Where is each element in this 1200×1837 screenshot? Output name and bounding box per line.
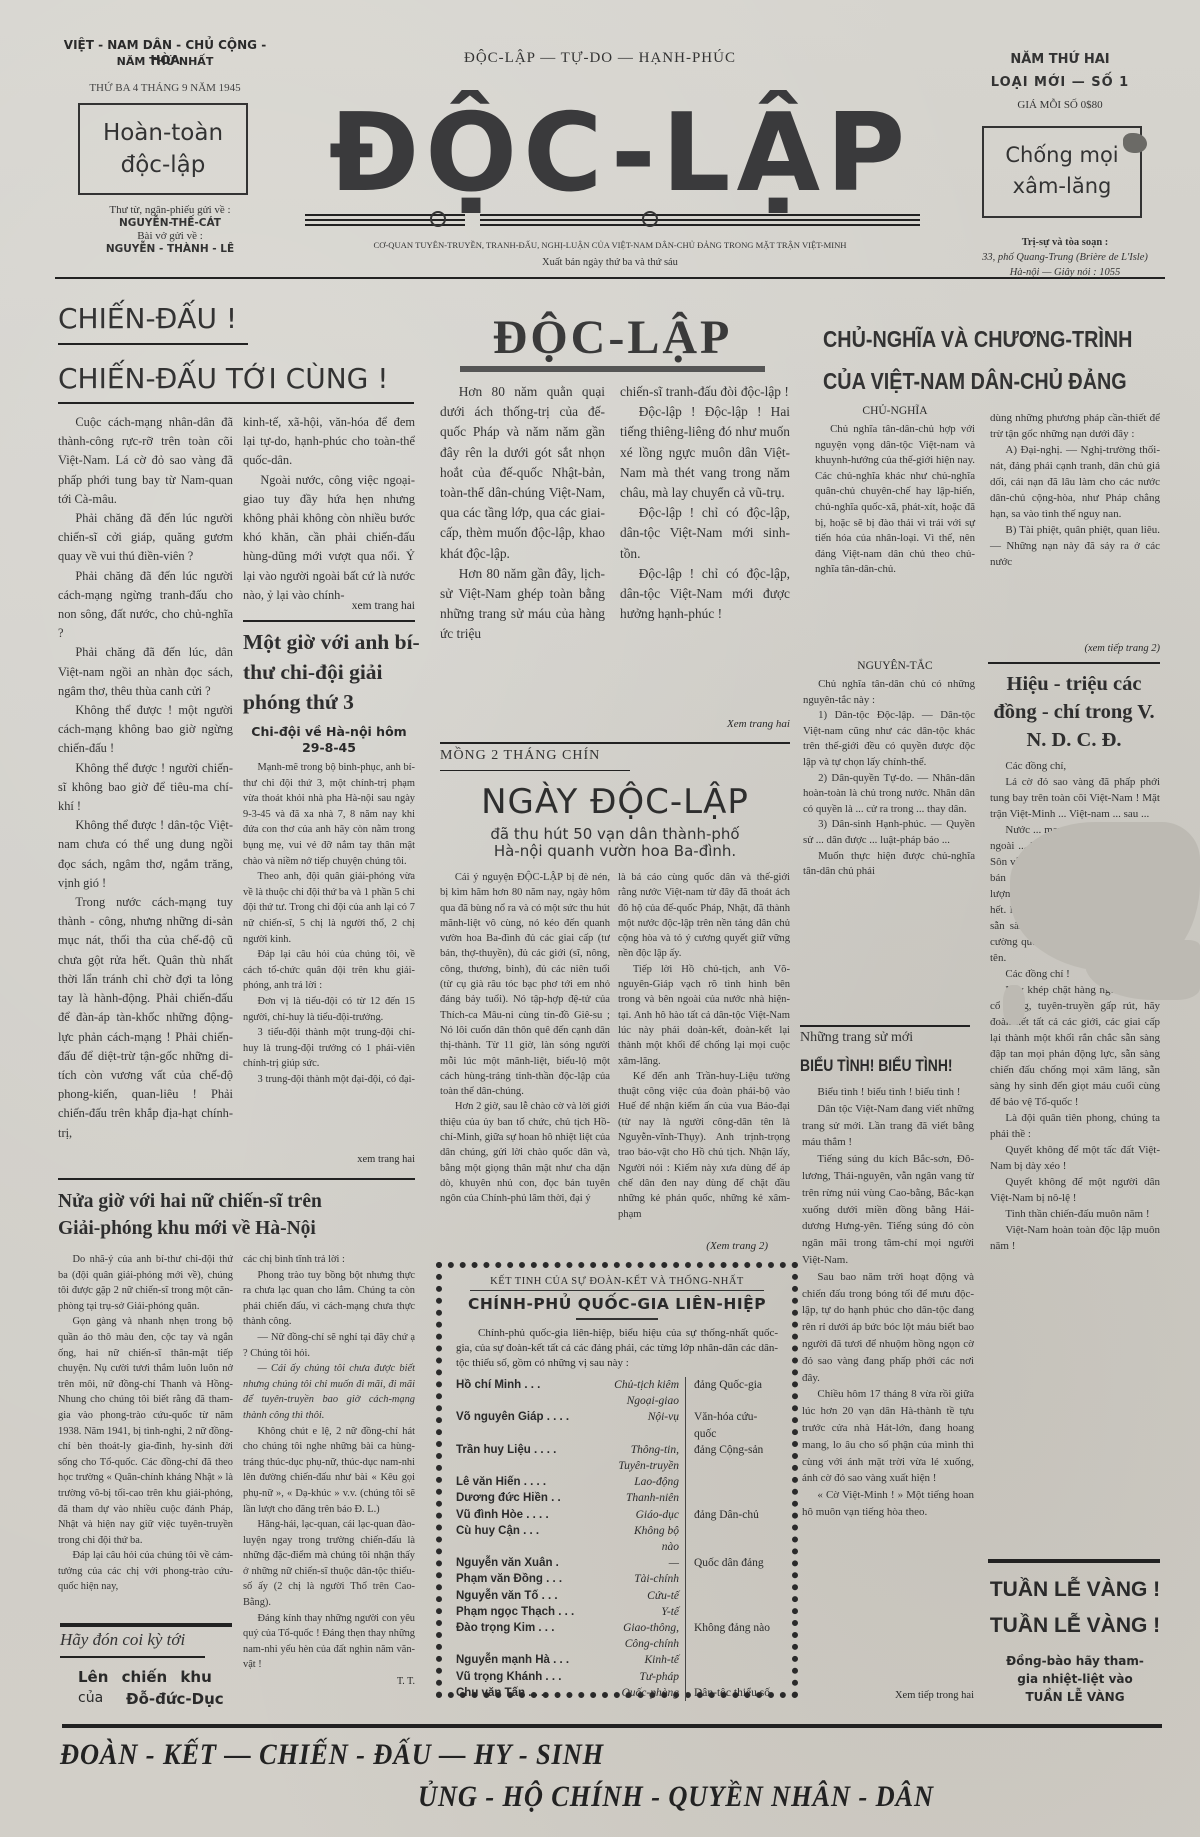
ngay-doc-lap-kicker: MỒNG 2 THÁNG CHÍN bbox=[440, 748, 600, 764]
footer-slogan1: ĐOÀN - KẾT — CHIẾN - ĐẤU — HY - SINH bbox=[60, 1738, 604, 1772]
mail-name2: NGUYỄN - THÀNH - LÊ bbox=[60, 243, 280, 256]
cabinet-member-row: Cù huy Cận . . .Không bộ nào bbox=[456, 1523, 778, 1555]
cabinet-headline: CHÍNH-PHỦ QUỐC-GIA LIÊN-HIỆP bbox=[456, 1295, 778, 1313]
star-emblem-icon bbox=[430, 211, 446, 227]
doc-lap-col2: chiến-sĩ tranh-đấu đòi độc-lập ! Độc-lập… bbox=[620, 382, 790, 624]
cabinet-member-row: Lê văn Hiến . . . .Lao-động bbox=[456, 1474, 778, 1490]
cabinet-kicker: KẾT TINH CỦA SỰ ĐOÀN-KẾT VÀ THỐNG-NHẤT bbox=[456, 1276, 778, 1287]
doc-lap-col1: Hơn 80 năm quằn quại dưới ách thống-trị … bbox=[440, 382, 605, 645]
masthead-tagline: CƠ-QUAN TUYÊN-TRUYỀN, TRANH-ĐẤU, NGHỊ-LU… bbox=[300, 240, 920, 250]
issue-year: NĂM THỨ HAI bbox=[960, 52, 1160, 67]
chu-nghia-col1-p2: Chủ nghĩa tân-dân chủ có những nguyên-tắ… bbox=[803, 677, 975, 1032]
star-emblem-icon bbox=[642, 211, 658, 227]
cabinet-member-row: Nguyễn văn Xuân .—Quốc dân đảng bbox=[456, 1555, 778, 1571]
cabinet-member-row: Vũ trọng Khánh . . .Tư-pháp bbox=[456, 1669, 778, 1685]
bi-thu-subhead: Chi-đội về Hà-nội hôm 29-8-45 bbox=[243, 724, 415, 756]
office-label: Trị-sự và tòa soạn : bbox=[950, 235, 1180, 250]
cabinet-member-row: Phạm ngọc Thạch . . .Y-tế bbox=[456, 1604, 778, 1620]
hieu-trieu-headline: Hiệu - triệu các đồng - chí trong V. N. … bbox=[986, 670, 1162, 754]
cabinet-member-row: Trần huy Liệu . . . .Thông-tin, Tuyên-tr… bbox=[456, 1442, 778, 1474]
promo-kicker: Hãy đón coi kỳ tới bbox=[60, 1630, 185, 1650]
chu-nghia-col2: dùng những phương pháp cần-thiết để trừ … bbox=[990, 410, 1160, 570]
cabinet-member-row: Đào trọng Kim . . .Giao-thông, Công-chín… bbox=[456, 1620, 778, 1652]
cabinet-member-row: Dương đức Hiền . .Thanh-niên bbox=[456, 1490, 778, 1506]
left-slogan-line1: Hoàn-toàn bbox=[80, 117, 246, 149]
chien-dau-headline2: CHIẾN-ĐẤU TỚI CÙNG ! bbox=[58, 362, 389, 395]
tuan-le-vang-call: Đồng-bào hãy tham- gia nhiệt-liệt vào TU… bbox=[985, 1652, 1165, 1706]
tuan-le-vang-headline: TUẦN LỄ VÀNG ! TUẦN LỄ VÀNG ! bbox=[985, 1572, 1165, 1644]
mail-line1: Thư từ, ngân-phiếu gửi về : bbox=[60, 204, 280, 217]
ngay-doc-lap-col2: là bá cáo cùng quốc dân và thế-giới rằng… bbox=[618, 870, 790, 1240]
cabinet-member-row: Võ nguyên Giáp . . . .Nội-vụVăn-hóa cứu-… bbox=[456, 1409, 778, 1441]
masthead-title: ĐỘC-LẬP bbox=[300, 100, 940, 208]
ngay-doc-lap-subhead: đã thu hút 50 vạn dân thành-phố Hà-nội q… bbox=[440, 826, 790, 860]
chien-dau-col1: Cuộc cách-mạng nhân-dân đã thành-công rự… bbox=[58, 413, 233, 1153]
chu-nghia-section1: CHỦ-NGHĨA bbox=[815, 405, 975, 417]
bieu-tinh-headline: BIỂU TÌNH! BIỂU TÌNH! bbox=[800, 1056, 953, 1076]
cabinet-intro: Chính-phủ quốc-gia liên-hiệp, biểu hiệu … bbox=[456, 1326, 778, 1371]
mail-name1: NGUYỄN-THẾ-CÁT bbox=[60, 217, 280, 230]
stain-mark bbox=[1123, 133, 1147, 153]
chien-dau-headline1: CHIẾN-ĐẤU ! bbox=[58, 302, 237, 335]
hieu-trieu-salutation: Các đồng chí, bbox=[990, 758, 1160, 774]
issue-series: LOẠI MỚI — SỐ 1 bbox=[960, 75, 1160, 90]
masthead-date: THỨ BA 4 THÁNG 9 NĂM 1945 bbox=[50, 82, 280, 94]
torn-paper-hole bbox=[1003, 985, 1025, 1025]
nu-chien-si-col2: các chị bình tĩnh trả lời : Phong trào t… bbox=[243, 1252, 415, 1682]
masthead-schedule: Xuất bản ngày thứ ba và thứ sáu bbox=[300, 257, 920, 268]
cabinet-member-row: Chu văn Tấn . . .Quốc-phòngDân-tộc thiểu… bbox=[456, 1685, 778, 1701]
cabinet-box: KẾT TINH CỦA SỰ ĐOÀN-KẾT VÀ THỐNG-NHẤT C… bbox=[436, 1262, 798, 1698]
cabinet-member-row: Nguyễn mạnh Hà . . .Kinh-tế bbox=[456, 1652, 778, 1668]
promo-line2b: Đỗ-đức-Dục bbox=[126, 1690, 224, 1708]
doc-lap-headline: ĐỘC-LẬP bbox=[455, 310, 770, 365]
chien-dau-col2: kinh-tế, xã-hội, văn-hóa để đem lại tự-d… bbox=[243, 413, 415, 605]
bi-thu-continued-link[interactable]: xem trang hai bbox=[243, 1154, 415, 1165]
cabinet-member-row: Vũ đình Hòe . . . .Giáo-dụcđảng Dân-chủ bbox=[456, 1507, 778, 1523]
office-address: 33, phố Quang-Trung (Brière de L'Isle) bbox=[950, 250, 1180, 265]
ngay-doc-lap-continued-link[interactable]: (Xem trang 2) bbox=[618, 1240, 768, 1252]
chu-nghia-section2: NGUYÊN-TẮC bbox=[815, 660, 975, 672]
bieu-tinh-body: Biểu tình ! biểu tình ! biểu tình ! Dân … bbox=[802, 1084, 974, 1654]
cabinet-list: Hồ chí Minh . . .Chủ-tịch kiêm Ngoại-gia… bbox=[456, 1377, 778, 1701]
masthead-motto: ĐỘC-LẬP — TỰ-DO — HẠNH-PHÚC bbox=[400, 50, 800, 67]
bieu-tinh-kicker: Những trang sử mới bbox=[800, 1030, 913, 1046]
chu-nghia-continued-link[interactable]: (xem tiếp trang 2) bbox=[990, 643, 1160, 654]
chien-dau-continued-link[interactable]: xem trang hai bbox=[243, 600, 415, 612]
cabinet-member-row: Nguyễn văn Tố . . .Cứu-tế bbox=[456, 1588, 778, 1604]
bi-thu-headline: Một giờ với anh bí-thư chi-đội giải phón… bbox=[243, 627, 423, 717]
footer-divider bbox=[62, 1724, 1162, 1728]
cabinet-member-row: Phạm văn Đồng . . .Tài-chính bbox=[456, 1571, 778, 1587]
ngay-doc-lap-col1: Cái ý nguyện ĐỘC-LẬP bị đè nén, bị kìm h… bbox=[440, 870, 610, 1255]
masthead-divider bbox=[55, 277, 1165, 279]
chu-nghia-col1-p1: Chủ nghĩa tân-dân-chủ hợp với nguyện vọn… bbox=[815, 422, 975, 578]
nu-chien-si-headline: Nửa giờ với hai nữ chiến-sĩ trên Giải-ph… bbox=[58, 1188, 428, 1242]
mail-line2: Bài vở gửi về : bbox=[60, 230, 280, 243]
left-slogan-box: Hoàn-toàn độc-lập bbox=[78, 103, 248, 195]
left-slogan-line2: độc-lập bbox=[80, 149, 246, 181]
right-slogan-box: Chống mọi xâm-lăng bbox=[982, 126, 1142, 218]
footer-slogan2: ỦNG - HỘ CHÍNH - QUYỀN NHÂN - DÂN bbox=[418, 1780, 934, 1814]
office-info: Trị-sự và tòa soạn : 33, phố Quang-Trung… bbox=[950, 235, 1180, 280]
ngay-doc-lap-headline: NGÀY ĐỘC-LẬP bbox=[440, 782, 790, 822]
nu-chien-si-col1: Do nhã-ý của anh bí-thư chi-đội thứ ba (… bbox=[58, 1252, 233, 1622]
nu-chien-si-signature: T. T. bbox=[243, 1676, 415, 1687]
right-slogan-line2: xâm-lăng bbox=[984, 171, 1140, 202]
bieu-tinh-continued-link[interactable]: Xem tiếp trong hai bbox=[802, 1690, 974, 1701]
masthead-year-label: NĂM THỨ NHẤT bbox=[50, 55, 280, 68]
cabinet-member-row: Hồ chí Minh . . .Chủ-tịch kiêm Ngoại-gia… bbox=[456, 1377, 778, 1409]
promo-line1: Lên chiến khu bbox=[78, 1668, 233, 1686]
issue-price: GIÁ MỖI SỐ 0$80 bbox=[960, 99, 1160, 111]
right-slogan-line1: Chống mọi bbox=[984, 140, 1140, 171]
mail-info: Thư từ, ngân-phiếu gửi về : NGUYỄN-THẾ-C… bbox=[60, 204, 280, 256]
chu-nghia-headline: CHỦ-NGHĨA VÀ CHƯƠNG-TRÌNH CỦA VIỆT-NAM D… bbox=[823, 318, 1132, 402]
bi-thu-body: Mạnh-mẽ trong bộ binh-phục, anh bí-thư c… bbox=[243, 760, 415, 1090]
doc-lap-continued-link[interactable]: Xem trang hai bbox=[620, 718, 790, 730]
promo-line2a: của bbox=[78, 1690, 103, 1706]
